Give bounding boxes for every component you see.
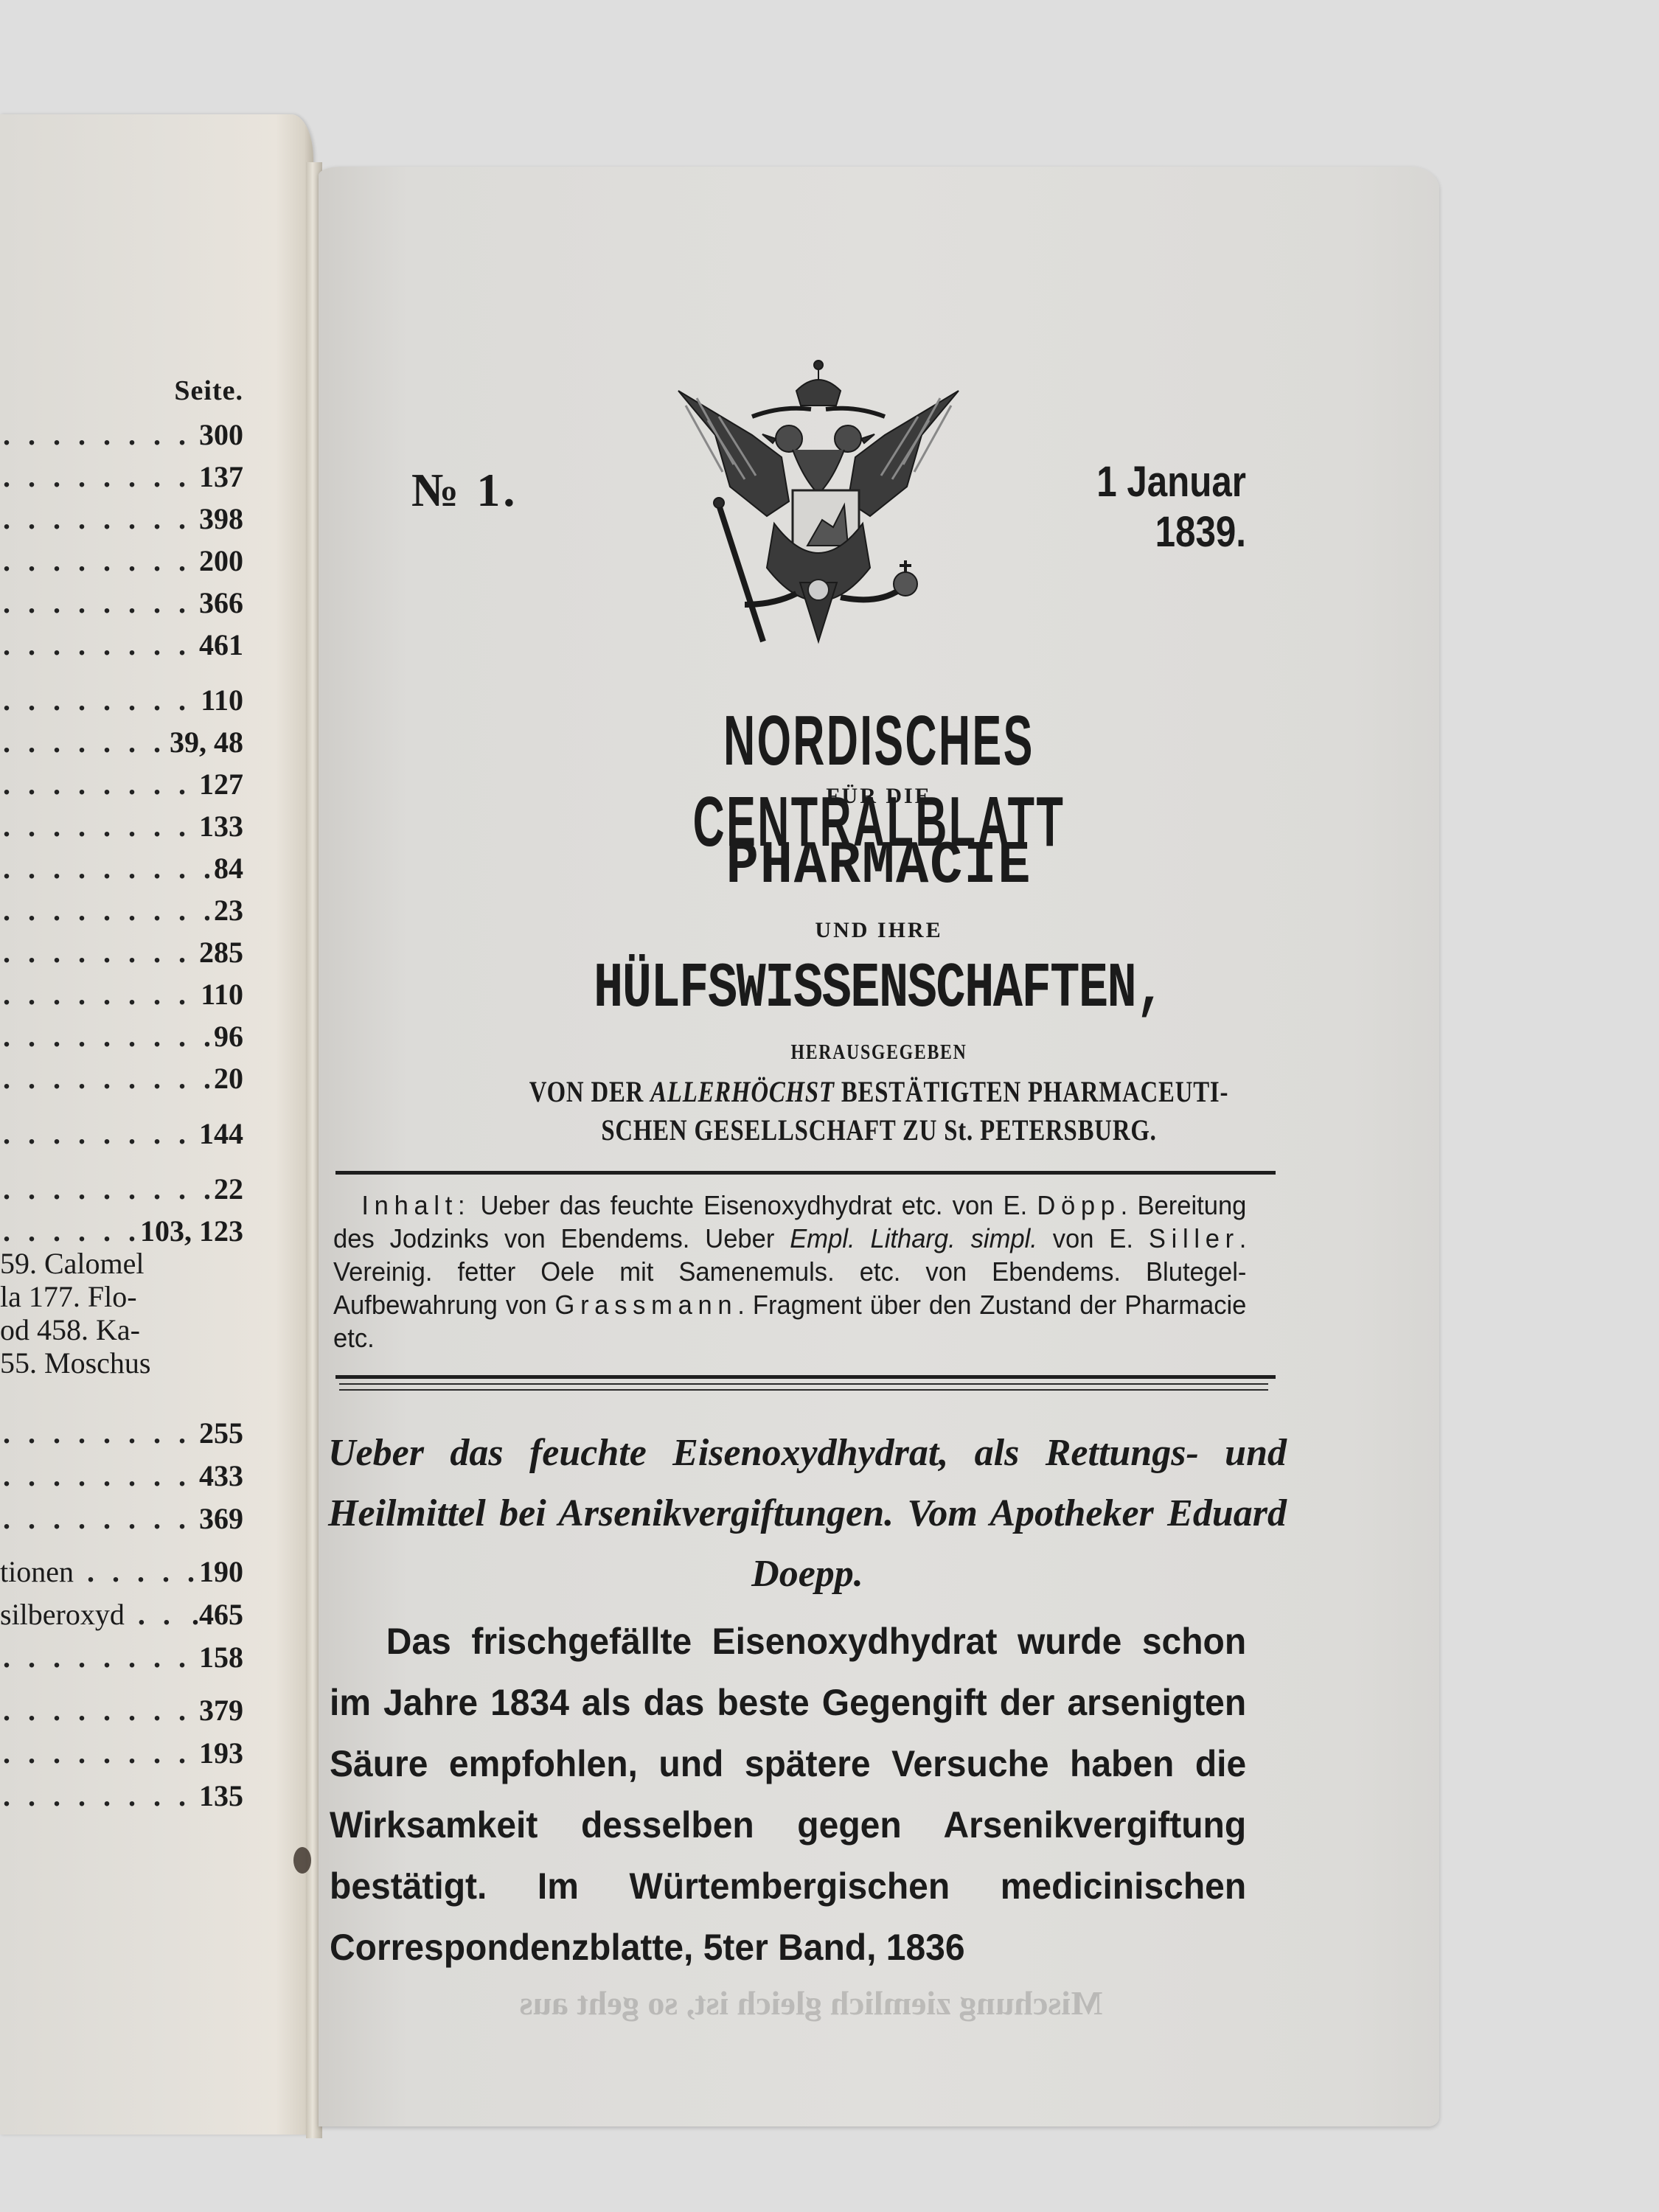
toc-entry: 23: [0, 893, 243, 925]
dot-leader: [0, 893, 209, 928]
dot-leader: [0, 1416, 195, 1450]
contents-label: Inhalt:: [361, 1190, 470, 1220]
dot-leader: [0, 851, 209, 886]
toc-entry: silberoxyd.465: [0, 1597, 243, 1630]
divider-rule: [335, 1171, 1276, 1175]
toc-page-number: 190: [195, 1554, 243, 1589]
toc-page-number: 144: [195, 1116, 243, 1151]
toc-page-number: 133: [195, 809, 243, 844]
paper-stain: [293, 1847, 311, 1874]
toc-page-number: 433: [195, 1458, 243, 1493]
toc-fragment: od 458. Ka-: [0, 1312, 140, 1347]
publisher-intro: HERAUSGEGEBEN: [403, 1041, 1355, 1065]
dot-leader: [0, 1693, 195, 1728]
issue-date-day-month: 1 Januar: [1071, 457, 1246, 507]
dot-leader: [0, 543, 195, 578]
article-body: Das frischgefällte Eisenoxydhydrat wurde…: [330, 1611, 1246, 1978]
dot-leader: [0, 1214, 136, 1248]
dot-leader: [0, 417, 195, 452]
toc-page-number: 300: [195, 417, 243, 452]
dot-leader: [0, 585, 195, 620]
toc-entry: 379: [0, 1693, 243, 1725]
toc-page-number: 369: [195, 1501, 243, 1536]
toc-page-number: 158: [195, 1640, 243, 1674]
dot-leader: [0, 501, 195, 536]
dot-leader: [0, 1458, 195, 1493]
toc-entry: 158: [0, 1640, 243, 1672]
toc-entry: 193: [0, 1736, 243, 1768]
contents-italic: Empl. Litharg. simpl.: [790, 1223, 1037, 1253]
dot-leader: [0, 1019, 209, 1054]
toc-entry: 461: [0, 627, 243, 660]
double-headed-eagle-icon: [664, 347, 973, 656]
toc-page-number: 379: [195, 1693, 243, 1728]
toc-entry: 20: [0, 1061, 243, 1093]
masthead-pharmacie: PHARMACIE: [375, 832, 1383, 900]
toc-entry: 300: [0, 417, 243, 450]
contents-author: Döpp: [1037, 1190, 1120, 1220]
issue-date: 1 Januar 1839.: [1071, 457, 1246, 557]
dot-leader: [0, 1501, 195, 1536]
issue-date-year: 1839.: [1071, 507, 1246, 557]
toc-entry: 369: [0, 1501, 243, 1534]
toc-page-number: 193: [195, 1736, 243, 1770]
contents-text: Ueber das feuchte Eisenoxydhydrat etc. v…: [470, 1190, 1037, 1220]
dot-leader: [0, 767, 195, 801]
toc-entry: 200: [0, 543, 243, 576]
toc-entry: 22: [0, 1172, 243, 1204]
toc-page-number: 96: [209, 1019, 243, 1054]
contents-text: von E.: [1037, 1223, 1149, 1253]
toc-page-number: 285: [195, 935, 243, 970]
dot-leader: [0, 935, 195, 970]
issue-number: № 1.: [411, 463, 518, 518]
contents-summary: Inhalt: Ueber das feuchte Eisenoxydhydra…: [333, 1189, 1246, 1354]
toc-page-number: 103, 123: [136, 1214, 243, 1248]
toc-page-number: 255: [195, 1416, 243, 1450]
toc-page-number: 200: [195, 543, 243, 578]
dot-leader: [0, 1172, 209, 1206]
toc-entry: tionen190: [0, 1554, 243, 1587]
toc-entry: 127: [0, 767, 243, 799]
toc-entry: 96: [0, 1019, 243, 1051]
masthead-fuer-die: FÜR DIE: [319, 784, 1439, 809]
publisher-text: SCHEN GESELLSCHAFT ZU St. PETERSBURG.: [601, 1113, 1156, 1147]
toc-entry: 133: [0, 809, 243, 841]
toc-entry-label: silberoxyd: [0, 1597, 125, 1632]
toc-entry: 103, 123: [0, 1214, 243, 1246]
toc-page-number: 23: [209, 893, 243, 928]
toc-page-number: 39, 48: [165, 725, 243, 759]
bleedthrough-text: Mischung ziemlich gleich ist, so geht au…: [347, 1983, 1276, 2023]
dot-leader: [0, 809, 195, 844]
publisher-italic: ALLERHÖCHST: [650, 1075, 835, 1108]
publisher-statement: VON DER ALLERHÖCHST BESTÄTIGTEN PHARMACE…: [420, 1073, 1338, 1150]
toc-entry: 255: [0, 1416, 243, 1448]
dot-leader: [0, 1736, 195, 1770]
toc-entry: 144: [0, 1116, 243, 1149]
contents-author: Grassmann: [555, 1290, 738, 1320]
dot-leader: [0, 1116, 195, 1151]
toc-page-number: 461: [195, 627, 243, 662]
dot-leader: [84, 1554, 195, 1589]
dot-leader: [0, 459, 195, 494]
publisher-text: VON DER: [529, 1075, 650, 1108]
article-title: Ueber das feuchte Eisenoxydhydrat, als R…: [328, 1423, 1287, 1604]
toc-entry: 135: [0, 1778, 243, 1811]
toc-entry: 110: [0, 683, 243, 715]
toc-entry: 285: [0, 935, 243, 967]
toc-entry: 398: [0, 501, 243, 534]
toc-fragment: 59. Calomel: [0, 1246, 145, 1281]
toc-entry: 137: [0, 459, 243, 492]
toc-entry: 39, 48: [0, 725, 243, 757]
toc-page-number: 110: [196, 977, 243, 1012]
toc-page-number: 20: [209, 1061, 243, 1096]
toc-entry: 110: [0, 977, 243, 1009]
double-rule-top: [335, 1375, 1276, 1379]
publisher-text: BESTÄTIGTEN PHARMACEUTI-: [835, 1075, 1228, 1108]
double-rule-mid: [339, 1383, 1268, 1385]
toc-page-number: 135: [195, 1778, 243, 1813]
article-body-text: Das frischgefällte Eisenoxydhydrat wurde…: [330, 1621, 1246, 1968]
masthead-huelfswissenschaften: HÜLFSWISSENSCHAFTEN,: [442, 953, 1316, 1025]
toc-entry-label: tionen: [0, 1554, 74, 1589]
toc-page-number: 137: [195, 459, 243, 494]
toc-entry: 433: [0, 1458, 243, 1491]
dot-leader: [0, 977, 196, 1012]
double-rule-bottom: [339, 1389, 1268, 1391]
toc-page-number: 22: [209, 1172, 243, 1206]
dot-leader: [135, 1597, 187, 1632]
dot-leader: [0, 1778, 195, 1813]
toc-page-number: 84: [209, 851, 243, 886]
toc-entry: 84: [0, 851, 243, 883]
dot-leader: [0, 1061, 209, 1096]
toc-entry: 366: [0, 585, 243, 618]
toc-fragment: 55. Moschus: [0, 1346, 150, 1380]
masthead-und-ihre: UND IHRE: [319, 918, 1439, 943]
toc-page-number: 398: [195, 501, 243, 536]
contents-author: Siller: [1149, 1223, 1239, 1253]
toc-header: Seite.: [162, 375, 243, 407]
toc-page-number: 110: [196, 683, 243, 717]
toc-fragment: la 177. Flo-: [0, 1279, 137, 1314]
dot-leader: [0, 683, 196, 717]
toc-page-number: .465: [187, 1597, 243, 1632]
dot-leader: [0, 627, 195, 662]
dot-leader: [0, 725, 165, 759]
toc-page-number: 127: [195, 767, 243, 801]
dot-leader: [0, 1640, 195, 1674]
toc-page-number: 366: [195, 585, 243, 620]
